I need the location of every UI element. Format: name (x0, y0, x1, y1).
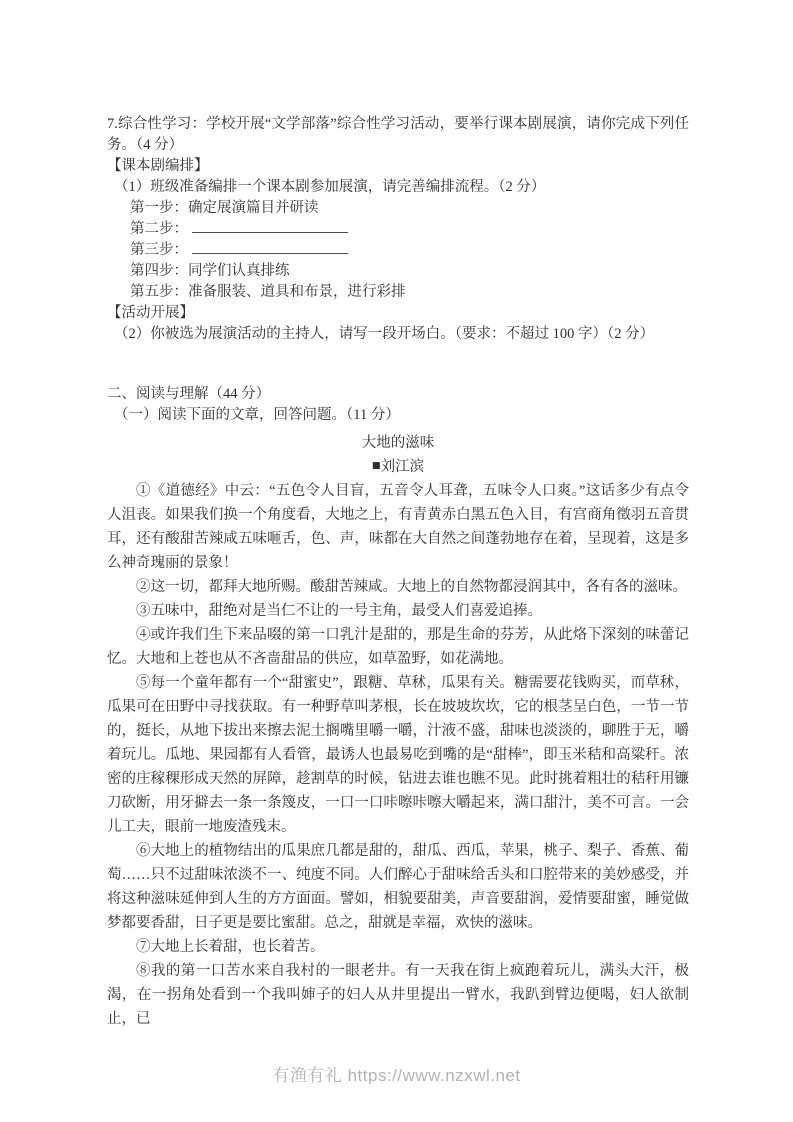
essay-paragraph: ①《道德经》中云：“五色令人目盲，五音令人耳聋，五味令人口爽。”这话多少有点令人… (107, 479, 689, 575)
step-row-2: 第二步： (107, 219, 689, 240)
section-heading: 二、阅读与理解（44 分） (107, 384, 689, 405)
essay-author-line: ■刘江滨 (107, 456, 689, 478)
page-content: 7.综合性学习：学校开展“文学部落”综合性学习活动，要举行课本剧展演，请你完成下… (107, 114, 689, 1031)
step-label: 第二步： (130, 221, 188, 237)
essay-paragraph: ⑤每一个童年都有一个“甜蜜史”，跟糖、草秫，瓜果有关。糖需要花钱购买，而草秫，瓜… (107, 671, 689, 839)
step-blank-line (192, 219, 348, 233)
step-row-3: 第三步： (107, 240, 689, 261)
sub-heading: （一）阅读下面的文章，回答问题。（11 分） (107, 405, 689, 426)
step-row-4: 第四步：同学们认真排练 (107, 261, 689, 282)
bracket-label-activity: 【活动开展】 (107, 303, 689, 324)
step-label: 第五步： (130, 284, 188, 300)
step-label: 第三步： (130, 242, 188, 258)
bracket-label-rehearsal: 【课本剧编排】 (107, 156, 689, 177)
step-blank-line (192, 240, 348, 254)
essay-paragraph: ⑦大地上长着甜，也长着苦。 (107, 935, 689, 959)
step-content: 确定展演篇目并研读 (188, 200, 319, 216)
essay-paragraph: ②这一切，都拜大地所赐。酸甜苦辣咸。大地上的自然物都浸润其中，各有各的滋味。 (107, 575, 689, 599)
reading-section: 二、阅读与理解（44 分） （一）阅读下面的文章，回答问题。（11 分） 大地的… (107, 384, 689, 1031)
essay-paragraph: ④或许我们生下来品啜的第一口乳汁是甜的，那是生命的芬芳，从此烙下深刻的味蕾记忆。… (107, 623, 689, 671)
step-label: 第四步： (130, 263, 188, 279)
essay-body: ①《道德经》中云：“五色令人目盲，五音令人耳聋，五味令人口爽。”这话多少有点令人… (107, 479, 689, 1031)
watermark-footer: 有渔有礼 https://www.nzxwl.net (0, 1061, 793, 1086)
step-row-1: 第一步：确定展演篇目并研读 (107, 198, 689, 219)
essay-paragraph: ⑥大地上的植物结出的瓜果庶几都是甜的，甜瓜、西瓜，苹果，桃子、梨子、香蕉、葡萄…… (107, 839, 689, 935)
exam-page: 7.综合性学习：学校开展“文学部落”综合性学习活动，要举行课本剧展演，请你完成下… (0, 0, 793, 1122)
question-7-intro: 7.综合性学习：学校开展“文学部落”综合性学习活动，要举行课本剧展演，请你完成下… (107, 114, 689, 156)
essay-paragraph: ③五味中，甜绝对是当仁不让的一号主角，最受人们喜爱追捧。 (107, 599, 689, 623)
step-content: 同学们认真排练 (188, 263, 290, 279)
step-label: 第一步： (130, 200, 188, 216)
step-row-5: 第五步：准备服装、道具和布景，进行彩排 (107, 282, 689, 303)
question-7-item-2: （2）你被选为展演活动的主持人，请写一段开场白。（要求：不超过 100 字）（2… (107, 324, 689, 345)
essay-author-name: 刘江滨 (381, 459, 425, 475)
essay-title: 大地的滋味 (107, 432, 689, 454)
author-square-marker-icon: ■ (372, 455, 381, 477)
question-7-item-1: （1）班级准备编排一个课本剧参加展演，请完善编排流程。（2 分） (107, 177, 689, 198)
essay-paragraph: ⑧我的第一口苦水来自我村的一眼老井。有一天我在街上疯跑着玩儿，满头大汗，极渴，在… (107, 959, 689, 1031)
question-7-section: 7.综合性学习：学校开展“文学部落”综合性学习活动，要举行课本剧展演，请你完成下… (107, 114, 689, 345)
step-content: 准备服装、道具和布景，进行彩排 (188, 284, 406, 300)
